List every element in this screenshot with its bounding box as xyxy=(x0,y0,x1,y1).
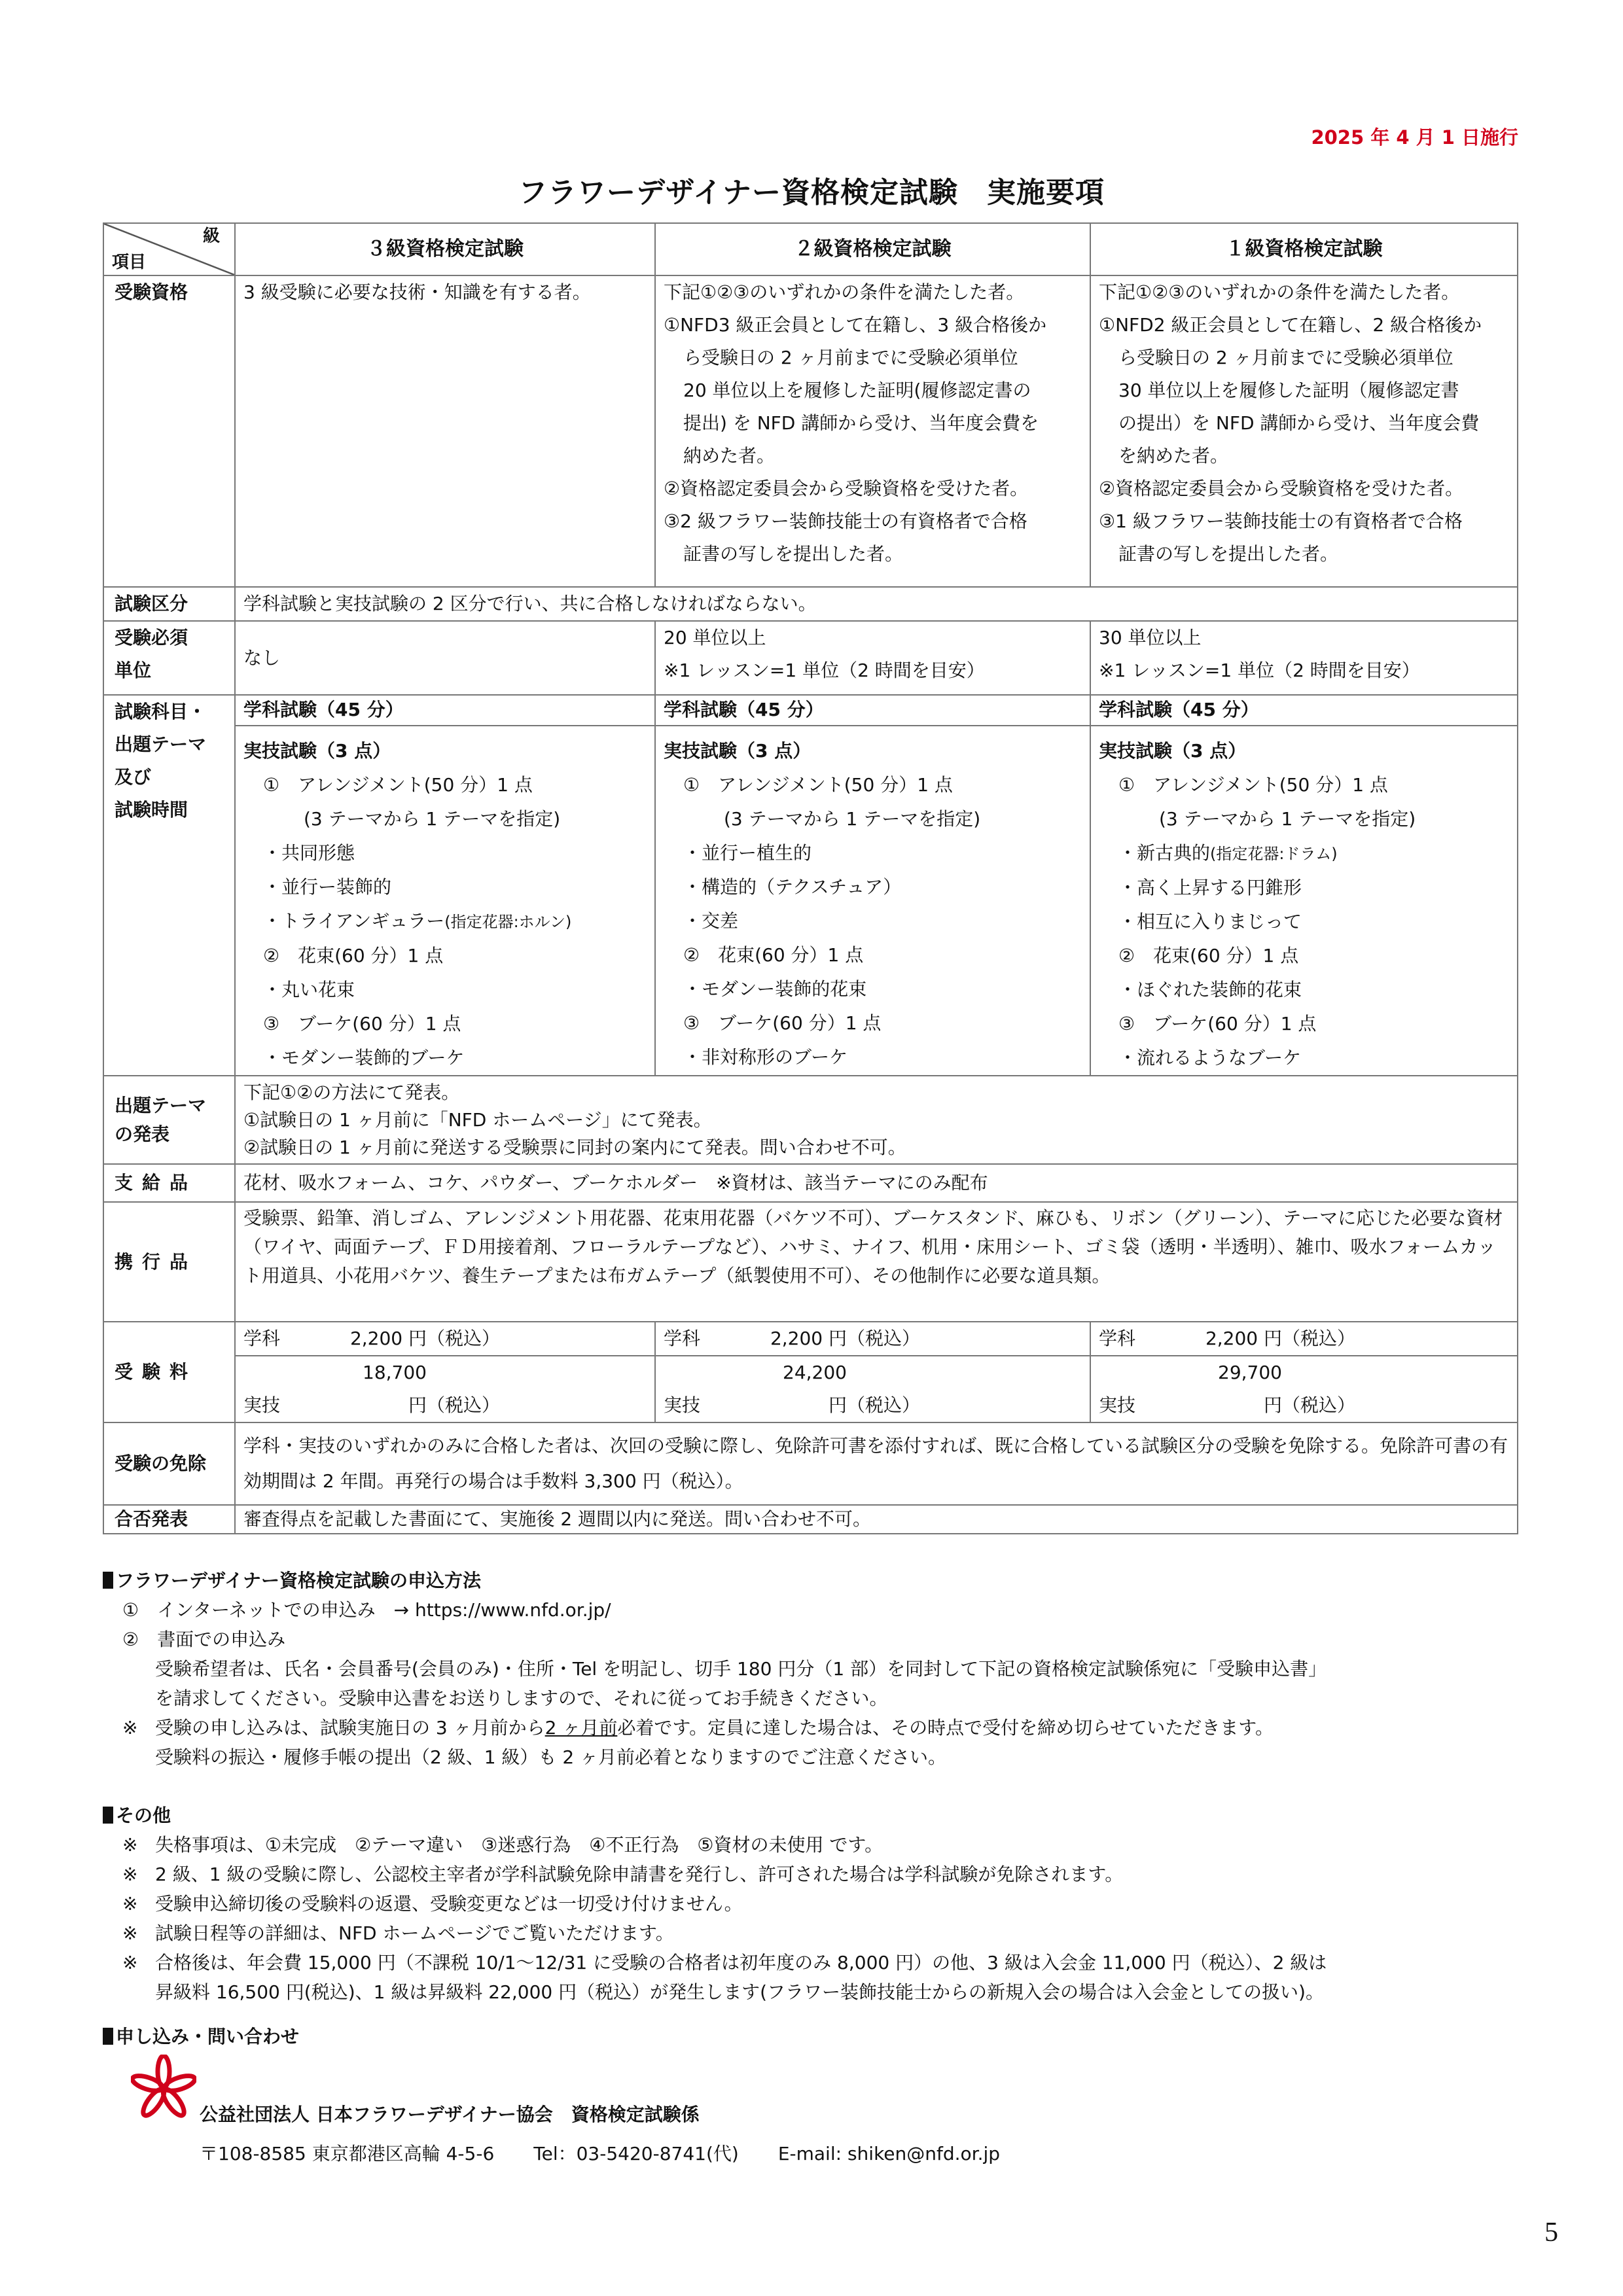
required-units-grade3: なし xyxy=(235,621,655,695)
square-bullet-icon xyxy=(103,1807,113,1824)
practical-heading: 実技試験（3 点） xyxy=(664,734,1082,768)
corner-grade-label: 級 xyxy=(203,225,220,247)
theme-item: ・相互に入りまじって xyxy=(1099,905,1509,939)
phone-number: Tel：03-5420-8741(代) xyxy=(533,2143,739,2164)
note-mark: ※ xyxy=(122,1918,155,1948)
heading-text: フラワーデザイナー資格検定試験の申込方法 xyxy=(116,1570,481,1591)
theme-item: ・高く上昇する円錐形 xyxy=(1099,871,1509,905)
eligibility-grade3: 3 級受験に必要な技術・知識を有する者。 xyxy=(235,275,655,587)
eligibility-item2: ②資格認定委員会から受験資格を受けた者。 xyxy=(664,472,1082,505)
tax-note: （税込） xyxy=(427,1328,500,1349)
exam-table: 級 項目 ３級資格検定試験 ２級資格検定試験 １級資格検定試験 受験資格 3 級… xyxy=(103,222,1518,1534)
arrangement-note: (3 テーマから 1 テーマを指定) xyxy=(664,802,1082,836)
fee-practical-grade2: 実技24,200 円（税込） xyxy=(655,1356,1090,1422)
theme-item: ・モダンー装飾的花束 xyxy=(664,972,1082,1006)
note-text: 受験の申し込みは、試験実施日の 3 ヶ月前から xyxy=(155,1717,545,1739)
label-subjects: 試験科目・ 出題テーマ 及び 試験時間 xyxy=(103,695,235,1076)
other-item: ※合格後は、年会費 15,000 円（不課税 10/1～12/31 に受験の合格… xyxy=(103,1948,1529,1977)
tax-note: （税込） xyxy=(847,1394,920,1416)
label-line: 試験科目・ xyxy=(115,696,228,728)
effective-date: 2025 年 4 月 1 日施行 xyxy=(1309,123,1518,150)
column-header-grade3: ３級資格検定試験 xyxy=(235,223,655,275)
note-emphasis: 2 ヶ月前 xyxy=(545,1717,618,1739)
other-item: ※2 級、1 級の受験に際し、公認校主宰者が学科試験免除申請書を発行し、許可され… xyxy=(103,1860,1529,1889)
eligibility-grade2: 下記①②③のいずれかの条件を満たした者。 ①NFD3 級正会員として在籍し、3 … xyxy=(655,275,1090,587)
fee-written-grade2: 学科2,200 円（税込） xyxy=(655,1322,1090,1356)
nfd-flower-logo-icon xyxy=(131,2055,196,2127)
fee-label: 実技 xyxy=(664,1389,762,1422)
required-units-grade1: 30 単位以上 ※1 レッスン=1 単位（2 時間を目安） xyxy=(1090,621,1518,695)
note-mark: ※ xyxy=(122,1948,155,1977)
fee-amount: 18,700 円 xyxy=(342,1356,427,1422)
label-line: 出題テーマ xyxy=(115,728,228,761)
exemption-text: 学科・実技のいずれかのみに合格した者は、次回の受験に際し、免除許可書を添付すれば… xyxy=(235,1422,1518,1505)
units-note: ※1 レッスン=1 単位（2 時間を目安） xyxy=(1099,654,1509,687)
theme-item: ・モダンー装飾的ブーケ xyxy=(243,1041,647,1075)
fee-label: 実技 xyxy=(1099,1389,1197,1422)
theme-item: ・共同形態 xyxy=(243,836,647,870)
bouquet-item: ③ ブーケ(60 分）1 点 xyxy=(243,1007,647,1041)
units-value: 30 単位以上 xyxy=(1099,622,1509,654)
row-required-units: 受験必須 単位 なし 20 単位以上 ※1 レッスン=1 単位（2 時間を目安）… xyxy=(103,621,1518,695)
bundle-item: ② 花束(60 分）1 点 xyxy=(664,938,1082,972)
heading-text: その他 xyxy=(116,1805,171,1826)
arrangement-note: (3 テーマから 1 テーマを指定) xyxy=(243,802,647,836)
eligibility-item3-cont: 証書の写しを提出した者。 xyxy=(664,538,1082,571)
other-item: ※失格事項は、①未完成 ②テーマ違い ③迷惑行為 ④不正行為 ⑤資材の未使用 で… xyxy=(103,1830,1529,1860)
bouquet-item: ③ ブーケ(60 分）1 点 xyxy=(1099,1007,1509,1041)
eligibility-item1-cont: 納めた者。 xyxy=(664,440,1082,472)
contact-heading: 申し込み・問い合わせ xyxy=(103,2022,299,2051)
practical-exam-grade1: 実技試験（3 点） ① アレンジメント(50 分）1 点 (3 テーマから 1 … xyxy=(1090,726,1518,1076)
corner-item-label: 項目 xyxy=(112,251,146,274)
units-note: ※1 レッスン=1 単位（2 時間を目安） xyxy=(664,654,1082,687)
note-mark: ※ xyxy=(122,1860,155,1889)
label-supplied: 支給品 xyxy=(103,1164,235,1202)
announcement-line: ②試験日の 1 ヶ月前に発送する受験票に同封の案内にて発表。問い合わせ不可。 xyxy=(243,1134,1509,1161)
contact-details: 〒108-8585 東京都港区高輪 4-5-6Tel：03-5420-8741(… xyxy=(200,2140,1039,2166)
row-division: 試験区分 学科試験と実技試験の 2 区分で行い、共に合格しなければならない。 xyxy=(103,587,1518,621)
row-bring: 携行品 受験票、鉛筆、消しゴム、アレンジメント用花器、花束用花器（バケツ不可）、… xyxy=(103,1202,1518,1322)
label-line: 受験必須 xyxy=(115,622,228,654)
theme-announcement-text: 下記①②の方法にて発表。 ①試験日の 1 ヶ月前に「NFD ホームページ」にて発… xyxy=(235,1076,1518,1164)
note-text: 必着です。定員に達した場合は、その時点で受付を締め切らせていただきます。 xyxy=(617,1717,1274,1739)
theme-main: ・新古典的 xyxy=(1118,842,1210,864)
contact-heading-text: 申し込み・問い合わせ xyxy=(103,2022,299,2051)
theme-item: ・ほぐれた装飾的花束 xyxy=(1099,973,1509,1007)
fee-written-grade1: 学科2,200 円（税込） xyxy=(1090,1322,1518,1356)
theme-item: ・並行ー植生的 xyxy=(664,836,1082,870)
label-line: 出題テーマ xyxy=(115,1091,228,1120)
eligibility-item1-cont: ら受験日の 2 ヶ月前までに受験必須単位 xyxy=(664,342,1082,374)
arrangement-item: ① アレンジメント(50 分）1 点 xyxy=(243,768,647,802)
note-text: 試験日程等の詳細は、NFD ホームページでご覧いただけます。 xyxy=(155,1922,674,1944)
theme-item: ・流れるようなブーケ xyxy=(1099,1041,1509,1075)
square-bullet-icon xyxy=(103,1572,113,1589)
fee-practical-grade1: 実技29,700 円（税込） xyxy=(1090,1356,1518,1422)
note-text: 合格後は、年会費 15,000 円（不課税 10/1～12/31 に受験の合格者… xyxy=(155,1952,1327,1973)
label-division: 試験区分 xyxy=(103,587,235,621)
tax-note: （税込） xyxy=(1282,1394,1355,1416)
fee-amount: 2,200 円 xyxy=(1197,1322,1282,1355)
practical-heading: 実技試験（3 点） xyxy=(243,734,647,768)
row-exemption: 受験の免除 学科・実技のいずれかのみに合格した者は、次回の受験に際し、免除許可書… xyxy=(103,1422,1518,1505)
units-value: 20 単位以上 xyxy=(664,622,1082,654)
internet-application: ① インターネットでの申込み → https://www.nfd.or.jp/ xyxy=(103,1595,1529,1625)
deadline-note: ※受験の申し込みは、試験実施日の 3 ヶ月前から2 ヶ月前必着です。定員に達した… xyxy=(103,1713,1529,1742)
note-text: 2 級、1 級の受験に際し、公認校主宰者が学科試験免除申請書を発行し、許可された… xyxy=(155,1863,1123,1885)
fee-written-grade3: 学科2,200 円（税込） xyxy=(235,1322,655,1356)
note-mark: ※ xyxy=(122,1713,155,1742)
application-url-link[interactable]: https://www.nfd.or.jp/ xyxy=(415,1599,611,1621)
fee-amount: 24,200 円 xyxy=(762,1356,847,1422)
arrangement-item: ① アレンジメント(50 分）1 点 xyxy=(1099,768,1509,802)
arrow-right-icon: → xyxy=(394,1599,409,1621)
eligibility-item1-cont: の提出）を NFD 講師から受け、当年度会費 xyxy=(1099,407,1509,440)
announcement-line: ①試験日の 1 ヶ月前に「NFD ホームページ」にて発表。 xyxy=(243,1106,1509,1134)
theme-item: ・交差 xyxy=(664,904,1082,938)
email-link[interactable]: E-mail: shiken@nfd.or.jp xyxy=(778,2143,1000,2164)
title-sub: 実施要項 xyxy=(987,176,1105,209)
eligibility-item1: ①NFD2 級正会員として在籍し、2 級合格後か xyxy=(1099,309,1509,342)
label-line: 試験時間 xyxy=(115,794,228,826)
tax-note: （税込） xyxy=(1282,1328,1355,1349)
row-fees-practical: 実技18,700 円（税込） 実技24,200 円（税込） 実技29,700 円… xyxy=(103,1356,1518,1422)
postal-address: 〒108-8585 東京都港区高輪 4-5-6 xyxy=(200,2143,494,2164)
theme-main: ・トライアンギュラー xyxy=(263,910,444,932)
other-item-cont: 昇級料 16,500 円(税込)、1 級は昇級料 22,000 円（税込）が発生… xyxy=(103,1977,1529,2007)
fee-label: 学科 xyxy=(664,1322,762,1355)
internet-label: ① インターネットでの申込み xyxy=(122,1599,376,1621)
label-line: 及び xyxy=(115,761,228,794)
theme-item: ・非対称形のブーケ xyxy=(664,1040,1082,1074)
written-exam-grade1: 学科試験（45 分） xyxy=(1090,695,1518,726)
organization-name: 公益社団法人 日本フラワーデザイナー協会 資格検定試験係 xyxy=(200,2100,700,2127)
tax-note: （税込） xyxy=(847,1328,920,1349)
eligibility-item3: ③1 級フラワー装飾技能士の有資格者で合格 xyxy=(1099,505,1509,538)
paper-application-label: ② 書面での申込み xyxy=(103,1625,1529,1654)
fee-amount: 2,200 円 xyxy=(762,1322,847,1355)
paper-application-text: を請求してください。受験申込書をお送りしますので、それに従ってお手続きください。 xyxy=(103,1684,1529,1713)
application-heading: フラワーデザイナー資格検定試験の申込方法 xyxy=(103,1566,1529,1595)
page-number: 5 xyxy=(1544,2217,1558,2248)
eligibility-item1: ①NFD3 級正会員として在籍し、3 級合格後か xyxy=(664,309,1082,342)
result-text: 審査得点を記載した書面にて、実施後 2 週間以内に発送。問い合わせ不可。 xyxy=(235,1505,1518,1534)
other-heading: その他 xyxy=(103,1801,1529,1830)
bring-text: 受験票、鉛筆、消しゴム、アレンジメント用花器、花束用花器（バケツ不可）、ブーケス… xyxy=(235,1202,1518,1322)
label-eligibility: 受験資格 xyxy=(103,275,235,587)
theme-item: ・新古典的(指定花器:ドラム) xyxy=(1099,836,1509,871)
theme-item: ・トライアンギュラー(指定花器:ホルン) xyxy=(243,904,647,939)
eligibility-item3-cont: 証書の写しを提出した者。 xyxy=(1099,538,1509,571)
eligibility-intro: 下記①②③のいずれかの条件を満たした者。 xyxy=(1099,276,1509,309)
row-eligibility: 受験資格 3 級受験に必要な技術・知識を有する者。 下記①②③のいずれかの条件を… xyxy=(103,275,1518,587)
label-theme-announcement: 出題テーマ の発表 xyxy=(103,1076,235,1164)
supplied-text: 花材、吸水フォーム、コケ、パウダー、ブーケホルダー ※資材は、該当テーマにのみ配… xyxy=(235,1164,1518,1202)
theme-note: (指定花器:ホルン) xyxy=(444,913,571,931)
eligibility-item1-cont: 提出) を NFD 講師から受け、当年度会費を xyxy=(664,407,1082,440)
note-text: 失格事項は、①未完成 ②テーマ違い ③迷惑行為 ④不正行為 ⑤資材の未使用 です… xyxy=(155,1834,883,1856)
label-line: 単位 xyxy=(115,654,228,687)
heading-text: 申し込み・問い合わせ xyxy=(116,2026,299,2047)
row-result: 合否発表 審査得点を記載した書面にて、実施後 2 週間以内に発送。問い合わせ不可… xyxy=(103,1505,1518,1534)
theme-item: ・構造的（テクスチュア） xyxy=(664,870,1082,904)
practical-exam-grade3: 実技試験（3 点） ① アレンジメント(50 分）1 点 (3 テーマから 1 … xyxy=(235,726,655,1076)
other-section: その他 ※失格事項は、①未完成 ②テーマ違い ③迷惑行為 ④不正行為 ⑤資材の未… xyxy=(103,1801,1529,2007)
fee-amount: 29,700 円 xyxy=(1197,1356,1282,1422)
row-subjects-written: 試験科目・ 出題テーマ 及び 試験時間 学科試験（45 分） 学科試験（45 分… xyxy=(103,695,1518,726)
announcement-line: 下記①②の方法にて発表。 xyxy=(243,1079,1509,1106)
fee-label: 学科 xyxy=(243,1322,342,1355)
division-text: 学科試験と実技試験の 2 区分で行い、共に合格しなければならない。 xyxy=(235,587,1518,621)
fee-practical-grade3: 実技18,700 円（税込） xyxy=(235,1356,655,1422)
row-fees-written: 受験料 学科2,200 円（税込） 学科2,200 円（税込） 学科2,200 … xyxy=(103,1322,1518,1356)
written-exam-grade3: 学科試験（45 分） xyxy=(235,695,655,726)
note-text: 受験申込締切後の受験料の返還、受験変更などは一切受け付けません。 xyxy=(155,1893,743,1915)
row-supplied: 支給品 花材、吸水フォーム、コケ、パウダー、ブーケホルダー ※資材は、該当テーマ… xyxy=(103,1164,1518,1202)
fee-amount: 2,200 円 xyxy=(342,1322,427,1355)
fee-label: 実技 xyxy=(243,1389,342,1422)
eligibility-item1-cont: 30 単位以上を履修した証明（履修認定書 xyxy=(1099,374,1509,407)
bundle-item: ② 花束(60 分）1 点 xyxy=(1099,939,1509,973)
eligibility-item1-cont: ら受験日の 2 ヶ月前までに受験必須単位 xyxy=(1099,342,1509,374)
application-section: フラワーデザイナー資格検定試験の申込方法 ① インターネットでの申込み → ht… xyxy=(103,1566,1529,1772)
arrangement-note: (3 テーマから 1 テーマを指定) xyxy=(1099,802,1509,836)
theme-item: ・丸い花束 xyxy=(243,973,647,1007)
page-title: フラワーデザイナー資格検定試験実施要項 xyxy=(0,169,1623,211)
corner-cell: 級 項目 xyxy=(103,223,235,275)
eligibility-intro: 下記①②③のいずれかの条件を満たした者。 xyxy=(664,276,1082,309)
theme-note: (指定花器:ドラム) xyxy=(1210,845,1338,863)
theme-item: ・並行ー装飾的 xyxy=(243,870,647,904)
paper-application-text: 受験希望者は、氏名・会員番号(会員のみ)・住所・Tel を明記し、切手 180 … xyxy=(103,1654,1529,1684)
fee-label: 学科 xyxy=(1099,1322,1197,1355)
note-mark: ※ xyxy=(122,1830,155,1860)
eligibility-item1-cont: を納めた者。 xyxy=(1099,440,1509,472)
other-item: ※受験申込締切後の受験料の返還、受験変更などは一切受け付けません。 xyxy=(103,1889,1529,1918)
eligibility-grade1: 下記①②③のいずれかの条件を満たした者。 ①NFD2 級正会員として在籍し、2 … xyxy=(1090,275,1518,587)
label-result: 合否発表 xyxy=(103,1505,235,1534)
table-header-row: 級 項目 ３級資格検定試験 ２級資格検定試験 １級資格検定試験 xyxy=(103,223,1518,275)
eligibility-item2: ②資格認定委員会から受験資格を受けた者。 xyxy=(1099,472,1509,505)
square-bullet-icon xyxy=(103,2028,113,2045)
bundle-item: ② 花束(60 分）1 点 xyxy=(243,939,647,973)
label-line: の発表 xyxy=(115,1120,228,1149)
deadline-note-cont: 受験料の振込・履修手帳の提出（2 級、1 級）も 2 ヶ月前必着となりますのでご… xyxy=(103,1742,1529,1772)
practical-heading: 実技試験（3 点） xyxy=(1099,734,1509,768)
column-header-grade2: ２級資格検定試験 xyxy=(655,223,1090,275)
other-item: ※試験日程等の詳細は、NFD ホームページでご覧いただけます。 xyxy=(103,1918,1529,1948)
practical-exam-grade2: 実技試験（3 点） ① アレンジメント(50 分）1 点 (3 テーマから 1 … xyxy=(655,726,1090,1076)
eligibility-item3: ③2 級フラワー装飾技能士の有資格者で合格 xyxy=(664,505,1082,538)
written-exam-grade2: 学科試験（45 分） xyxy=(655,695,1090,726)
label-required-units: 受験必須 単位 xyxy=(103,621,235,695)
label-bring: 携行品 xyxy=(103,1202,235,1322)
tax-note: （税込） xyxy=(427,1394,500,1416)
title-main: フラワーデザイナー資格検定試験 xyxy=(518,176,958,209)
note-mark: ※ xyxy=(122,1889,155,1918)
required-units-grade2: 20 単位以上 ※1 レッスン=1 単位（2 時間を目安） xyxy=(655,621,1090,695)
column-header-grade1: １級資格検定試験 xyxy=(1090,223,1518,275)
row-subjects-practical: 実技試験（3 点） ① アレンジメント(50 分）1 点 (3 テーマから 1 … xyxy=(103,726,1518,1076)
bouquet-item: ③ ブーケ(60 分）1 点 xyxy=(664,1006,1082,1040)
label-exemption: 受験の免除 xyxy=(103,1422,235,1505)
arrangement-item: ① アレンジメント(50 分）1 点 xyxy=(664,768,1082,802)
label-fees: 受験料 xyxy=(103,1322,235,1422)
eligibility-item1-cont: 20 単位以上を履修した証明(履修認定書の xyxy=(664,374,1082,407)
row-theme-announcement: 出題テーマ の発表 下記①②の方法にて発表。 ①試験日の 1 ヶ月前に「NFD … xyxy=(103,1076,1518,1164)
